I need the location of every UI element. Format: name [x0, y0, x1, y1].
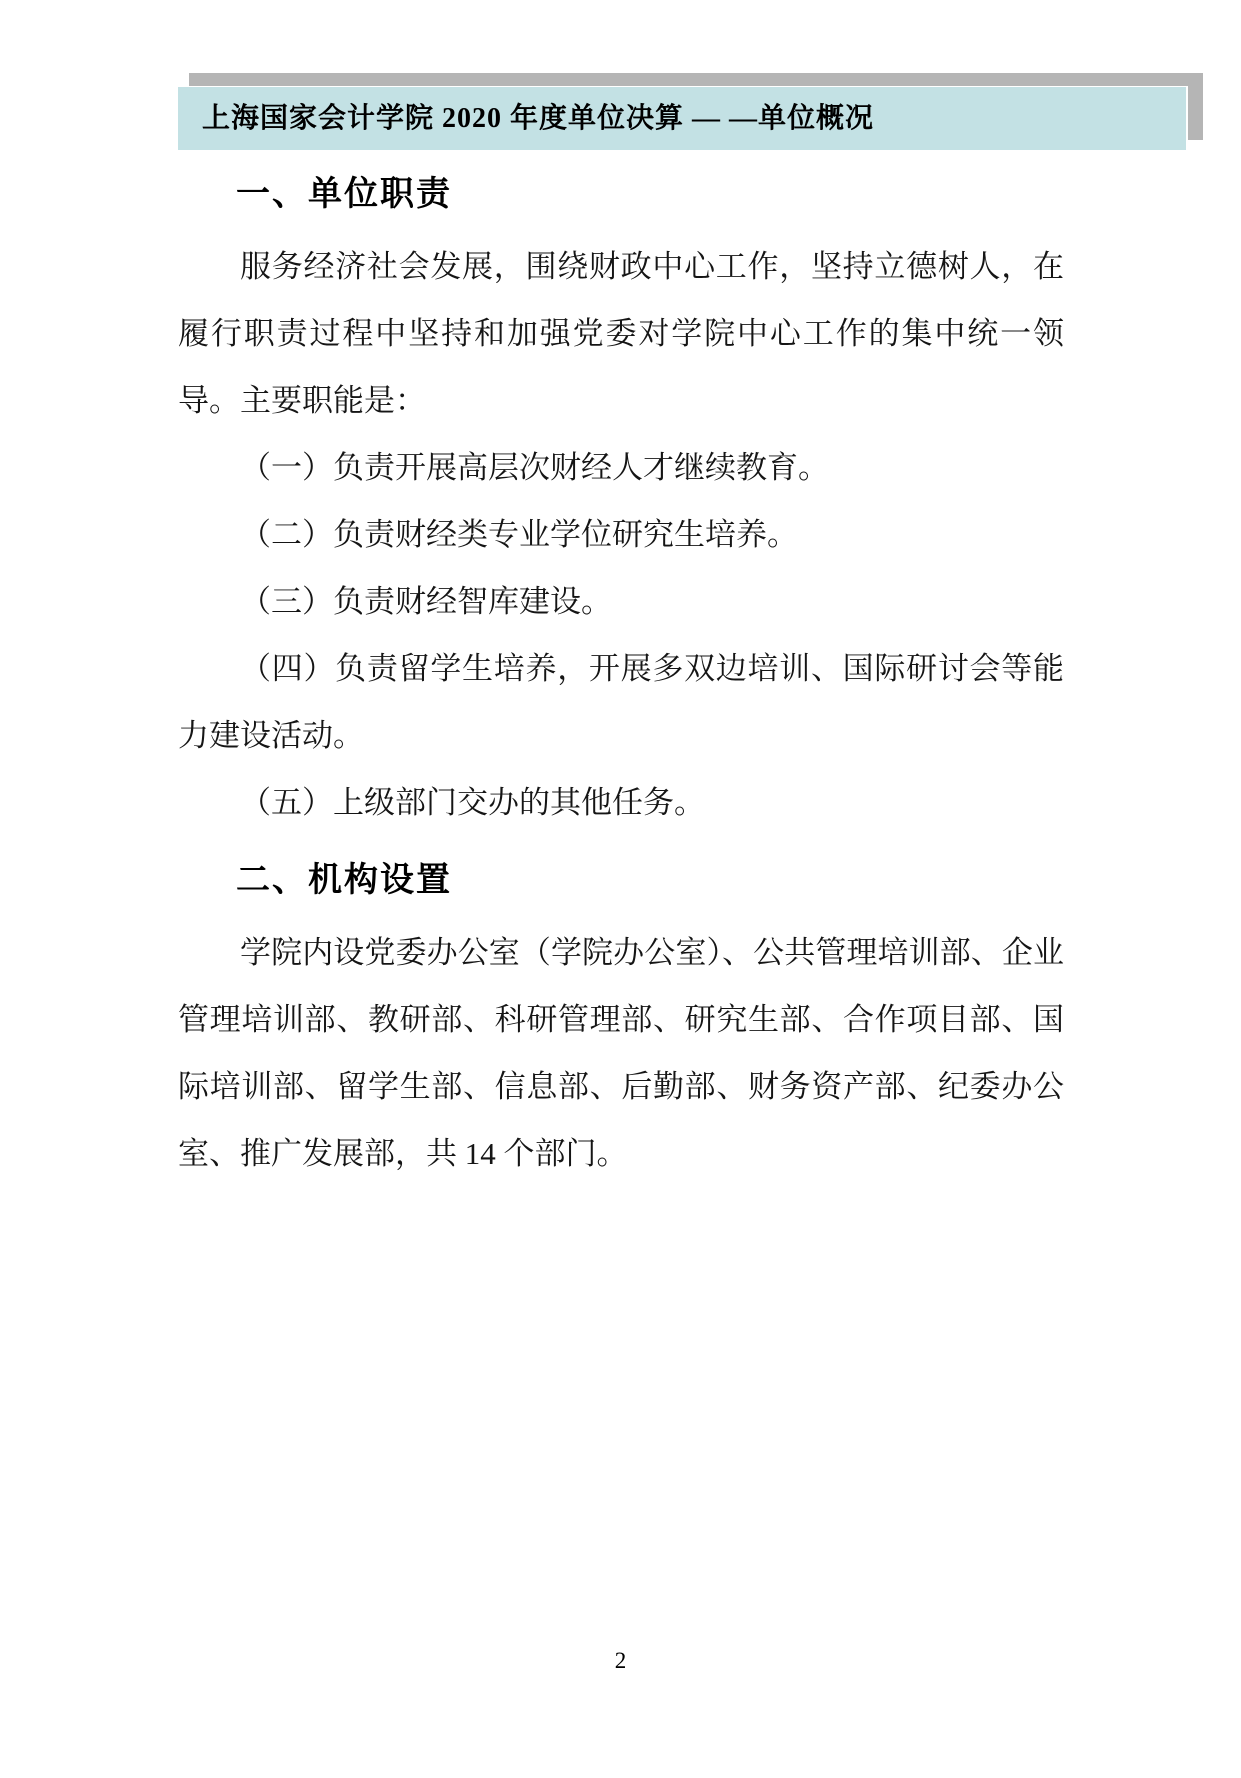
header-banner: 上海国家会计学院 2020 年度单位决算 — —单位概况	[178, 87, 1186, 150]
header-banner-title: 上海国家会计学院 2020 年度单位决算 — —单位概况	[202, 103, 874, 134]
section-1-intro-paragraph: 服务经济社会发展，围绕财政中心工作，坚持立德树人，在履行职责过程中坚持和加强党委…	[178, 233, 1064, 434]
section-1-list-item-5: （五）上级部门交办的其他任务。	[178, 769, 1064, 836]
section-1-list-item-4: （四）负责留学生培养，开展多双边培训、国际研讨会等能力建设活动。	[178, 635, 1064, 769]
document-content: 一、单位职责 服务经济社会发展，围绕财政中心工作，坚持立德树人，在履行职责过程中…	[178, 150, 1064, 1187]
section-2-heading: 二、机构设置	[236, 852, 1064, 901]
section-1-heading: 一、单位职责	[236, 166, 1064, 215]
banner-shadow-top	[189, 73, 1203, 86]
section-1-list-item-1: （一）负责开展高层次财经人才继续教育。	[178, 434, 1064, 501]
section-1-list-item-2: （二）负责财经类专业学位研究生培养。	[178, 501, 1064, 568]
banner-shadow-right	[1188, 73, 1203, 140]
section-1-list-item-3: （三）负责财经智库建设。	[178, 568, 1064, 635]
page-number: 2	[0, 1648, 1241, 1674]
section-2-intro-paragraph: 学院内设党委办公室（学院办公室）、公共管理培训部、企业管理培训部、教研部、科研管…	[178, 919, 1064, 1187]
